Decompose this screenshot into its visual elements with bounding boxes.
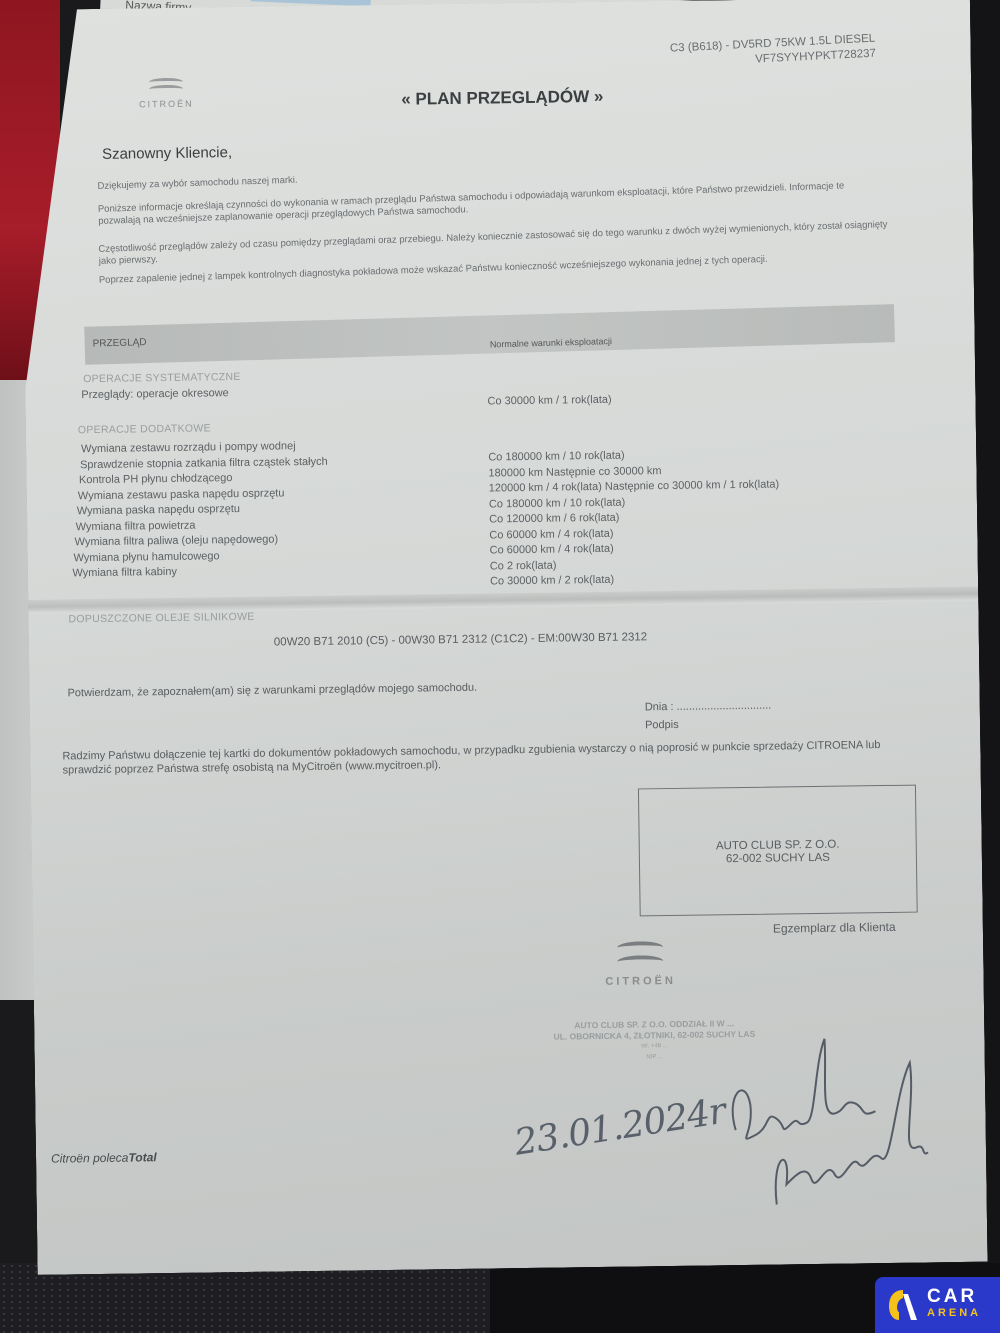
systematic-operation: Przeglądy: operacje okresowe xyxy=(81,387,229,401)
logo-brand: CITROËN xyxy=(126,98,206,109)
date-field: Dnia : ............................... xyxy=(645,700,772,714)
footer-brand: Citroën polecaTotal xyxy=(51,1150,157,1165)
handwritten-date: 23.01.2024r xyxy=(512,1091,728,1164)
dealer-stamp-logo: CITROËN xyxy=(595,941,686,988)
watermark-word-car: CAR xyxy=(927,1289,981,1305)
vehicle-info: C3 (B618) - DV5RD 75KW 1.5L DIESEL VF7SY… xyxy=(620,32,876,74)
service-plan-document: CITROËN « PLAN PRZEGLĄDÓW » C3 (B618) - … xyxy=(20,0,988,1275)
chevron-icon xyxy=(617,941,663,954)
copy-label: Egzemplarz dla Klienta xyxy=(773,920,896,936)
stamp-brand: CITROËN xyxy=(596,975,686,988)
oils-title: DOPUSZCZONE OLEJE SILNIKOWE xyxy=(68,611,254,626)
car-arena-watermark: CAR ARENA xyxy=(875,1277,1000,1333)
additional-intervals-list: Co 180000 km / 10 rok(lata)180000 km Nas… xyxy=(488,446,780,590)
additional-operations-title: OPERACJE DODATKOWE xyxy=(78,422,211,436)
systematic-interval: Co 30000 km / 1 rok(lata) xyxy=(487,394,611,408)
header-inspection: PRZEGLĄD xyxy=(93,337,147,350)
advice-text: Radzimy Państwu dołączenie tej kartki do… xyxy=(62,738,892,778)
operation-row: Wymiana filtra kabiny xyxy=(72,563,329,582)
citroen-logo: CITROËN xyxy=(126,77,206,109)
approved-oils: 00W20 B71 2010 (C5) - 00W30 B71 2312 (C1… xyxy=(274,631,647,648)
paper-fold xyxy=(28,587,978,614)
confirmation-text: Potwierdzam, że zapoznałem(am) się z war… xyxy=(67,682,477,700)
handwritten-signature xyxy=(714,1032,936,1215)
footer-prefix: Citroën poleca xyxy=(51,1151,129,1166)
signature-label: Podpis xyxy=(645,719,679,731)
dealer-address: 62-002 SUCHY LAS xyxy=(640,851,916,868)
car-arena-logo-icon xyxy=(887,1288,919,1322)
chevron-icon xyxy=(149,85,183,93)
document-title: « PLAN PRZEGLĄDÓW » xyxy=(401,87,603,110)
dealer-box: AUTO CLUB SP. Z O.O. 62-002 SUCHY LAS xyxy=(638,785,918,917)
footer-brand-name: Total xyxy=(128,1150,156,1164)
watermark-word-arena: ARENA xyxy=(927,1305,981,1321)
table-header: PRZEGLĄD Normalne warunki eksploatacji xyxy=(84,304,895,365)
additional-operations-list: Wymiana zestawu rozrządu i pompy wodnejS… xyxy=(71,439,329,582)
interval-row: Co 30000 km / 2 rok(lata) xyxy=(490,570,781,590)
chevron-icon xyxy=(617,955,663,968)
header-conditions: Normalne warunki eksploatacji xyxy=(490,336,612,349)
systematic-operations-title: OPERACJE SYSTEMATYCZNE xyxy=(83,371,241,385)
greeting: Szanowny Kliencie, xyxy=(102,144,232,163)
